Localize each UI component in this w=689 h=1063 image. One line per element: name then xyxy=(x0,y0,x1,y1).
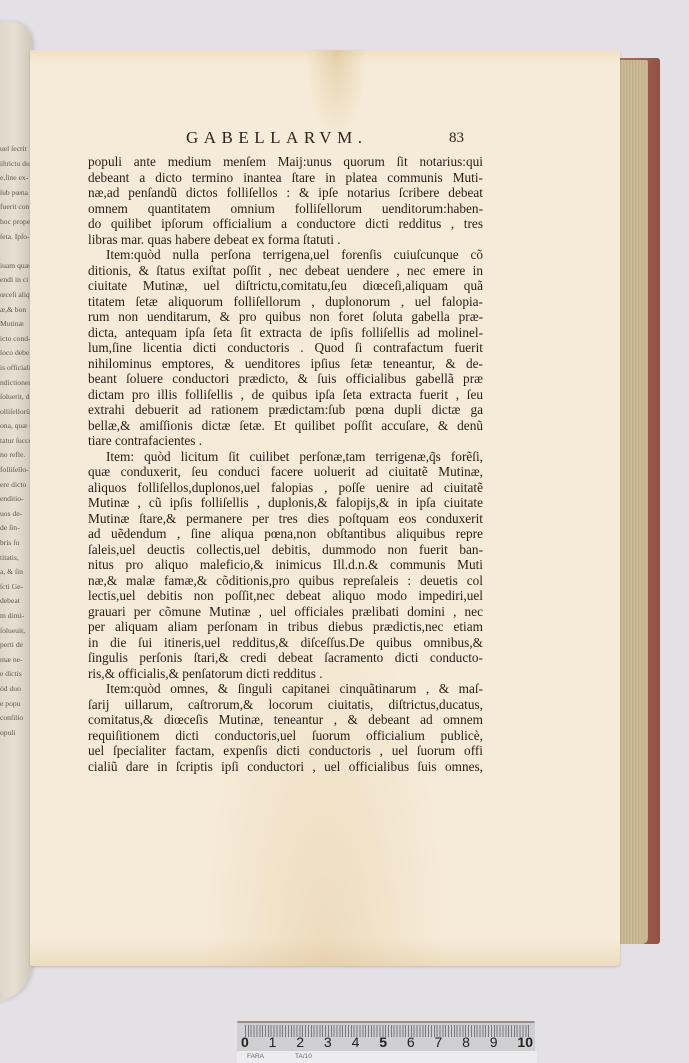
text-line: ditionis, & ſtatus exiſtat poſſit , nec … xyxy=(88,263,483,279)
left-page-fragment: e,ſine ex- xyxy=(0,171,32,186)
text-line: ſarij uillarum, caſtrorum,& locorum ciui… xyxy=(88,697,483,713)
left-page-fragment: bris ſu xyxy=(0,536,32,551)
text-line: ciuitate Mutinæ, uel diſtrictu,comitatu,… xyxy=(88,278,483,294)
left-page-fragment: ſub pœna xyxy=(0,186,32,201)
left-page-fragment: ſcti Ge- xyxy=(0,580,32,595)
left-page-fragment: folliſello- xyxy=(0,463,32,478)
left-page-fragment: uel ſecrit xyxy=(0,142,32,157)
text-line: titatem ſetæ aliquorum folliſellorum , d… xyxy=(88,294,483,310)
left-page-fragment: hoc proper xyxy=(0,215,32,230)
left-page-fragment: a, & ſin xyxy=(0,565,32,580)
left-page-text-fragments: uel ſecritiſtrictu du-e,ſine ex-ſub pœna… xyxy=(0,142,32,740)
text-line: cialiũ dare in ſcriptis ipſi conductori … xyxy=(88,759,483,775)
left-page-fragment: opuli xyxy=(0,726,32,741)
ruler-number: 10 xyxy=(517,1034,533,1050)
text-line: ſaleis,uel deuctis collectis,uel debitis… xyxy=(88,542,483,558)
left-page-fragment: ſolueuit, xyxy=(0,624,32,639)
page-number: 83 xyxy=(449,130,464,147)
text-line: debeant a dicto termino inantea ſtare in… xyxy=(88,170,483,186)
left-page-fragment: e dictis xyxy=(0,667,32,682)
text-line: extrahi debuerit ad rationem prædictam:ſ… xyxy=(88,402,483,418)
ruler-number: 4 xyxy=(352,1034,360,1050)
ruler-numbers: 012345678910 xyxy=(241,1034,533,1050)
ruler-model: TA/10 xyxy=(295,1053,312,1060)
ruler-bar: 012345678910 xyxy=(237,1021,535,1053)
left-page-fragment: uos de- xyxy=(0,507,32,522)
left-page-fragment xyxy=(0,244,32,259)
ruler-number: 9 xyxy=(490,1034,498,1050)
left-page-fragment: conſilio xyxy=(0,711,32,726)
left-page-fragment: endi in ci xyxy=(0,273,32,288)
text-line: næ,& malæ famæ,& cõditionis,pro quibus r… xyxy=(88,573,483,589)
left-page-fragment: ona, quæ c xyxy=(0,419,32,434)
text-line: Item: quòd licitum ſit cuilibet perſonæ,… xyxy=(88,449,483,465)
text-line: lum,ſine licentia dicti conductoris . Qu… xyxy=(88,340,483,356)
left-page-fragment: òd duo xyxy=(0,682,32,697)
ruler-brand: FARA xyxy=(247,1053,264,1060)
text-line: populi ante medium menſem Maij:unus quor… xyxy=(88,154,483,170)
ruler-number: 2 xyxy=(296,1034,304,1050)
text-line: beant ſoluere conductori prædicto, & ſui… xyxy=(88,371,483,387)
text-line: per aliquam aliam perſonam in tribus die… xyxy=(88,619,483,635)
text-line: libras mar. quas habere debeat ex forma … xyxy=(88,232,483,248)
body-text: populi ante medium menſem Maij:unus quor… xyxy=(88,154,483,774)
text-line: Mutinæ ſtare,& permanere per tres dies p… xyxy=(88,511,483,527)
text-line: nitus pro aliquo maleficio,& inimicus Il… xyxy=(88,557,483,573)
text-line: lectis,uel debitis non poſſit,nec debeat… xyxy=(88,588,483,604)
left-page-fragment: titatis, xyxy=(0,551,32,566)
text-line: rum non uenditarum, & pro quibus non for… xyxy=(88,309,483,325)
text-line: in die ſui itineris,uel redditus,& diſce… xyxy=(88,635,483,651)
text-line: Item:quòd omnes, & ſinguli capitanei cin… xyxy=(88,681,483,697)
text-line: tiare contrafacientes . xyxy=(88,433,483,449)
left-page-fragment: ſoluerit, dic xyxy=(0,390,32,405)
text-line: næ,ad penſandũ dictos folliſellos : & ip… xyxy=(88,185,483,201)
text-line: requiſitionem dicti conductoris,uel ſuor… xyxy=(88,728,483,744)
left-page-fragment: debeat xyxy=(0,594,32,609)
facing-left-page: uel ſecritiſtrictu du-e,ſine ex-ſub pœna… xyxy=(0,22,32,1002)
measurement-ruler: 012345678910 FARA TA/10 xyxy=(237,1021,537,1063)
page-header: GABELLARVM. 83 xyxy=(88,128,468,152)
ruler-number: 8 xyxy=(462,1034,470,1050)
left-page-fragment: m dimi- xyxy=(0,609,32,624)
left-page-fragment: iuam quæ xyxy=(0,259,32,274)
text-line: do quilibet ipſorum officialium a conduc… xyxy=(88,216,483,232)
text-line: omnem quantitatem omnium folliſellorum u… xyxy=(88,201,483,217)
left-page-fragment: iſtrictu du- xyxy=(0,157,32,172)
text-line: ad uẽdendum , ſine aliqua pœna,non obſta… xyxy=(88,526,483,542)
text-line: uel ſpecialiter factam, expenſis dicti c… xyxy=(88,743,483,759)
ruler-number: 5 xyxy=(379,1034,387,1050)
text-line: comitatus,& diœceſis Mutinæ, teneantur ,… xyxy=(88,712,483,728)
left-page-fragment: is officiali xyxy=(0,361,32,376)
text-line: nihilominus emptores, & uenditores ipſiu… xyxy=(88,356,483,372)
ruler-label: FARA TA/10 xyxy=(237,1051,537,1063)
text-line: grauari per cõmune Mutinæ , uel official… xyxy=(88,604,483,620)
ruler-number: 6 xyxy=(407,1034,415,1050)
left-page-fragment: ſeta. Ipſo- xyxy=(0,230,32,245)
text-line: ſingulis perſonis ſtari,& credi debeat ſ… xyxy=(88,650,483,666)
left-page-fragment: perti de xyxy=(0,638,32,653)
text-line: Mutinæ , cũ ipſis folliſellis , duplonis… xyxy=(88,495,483,511)
left-page-fragment: æ,& bon xyxy=(0,303,32,318)
left-page-fragment: ere dicto xyxy=(0,478,32,493)
text-line: ris,& officialis,& penſatorum dicti redd… xyxy=(88,666,483,682)
left-page-fragment: fuerit con xyxy=(0,200,32,215)
left-page-fragment: tatur ſucce xyxy=(0,434,32,449)
ruler-number: 7 xyxy=(434,1034,442,1050)
left-page-fragment: Mutinæ xyxy=(0,317,32,332)
left-page-fragment: ndictionem xyxy=(0,376,32,391)
ruler-number: 3 xyxy=(324,1034,332,1050)
text-line: dicta, antequam ipſa ſeta ſit extracta d… xyxy=(88,325,483,341)
running-head: GABELLARVM. xyxy=(186,128,367,148)
text-line: dictam pro illis folliſellis , de quibus… xyxy=(88,387,483,403)
ruler-number: 1 xyxy=(269,1034,277,1050)
left-page-fragment: e popu xyxy=(0,697,32,712)
ruler-number: 0 xyxy=(241,1034,249,1050)
text-line: bellæ,& amiſſionis dictæ ſetæ. Et quilib… xyxy=(88,418,483,434)
left-page-fragment: olliſellorũ xyxy=(0,405,32,420)
left-page-fragment: enditio- xyxy=(0,492,32,507)
left-page-fragment: loco debe xyxy=(0,346,32,361)
text-line: aliquos folliſellos,duplonos,uel falopia… xyxy=(88,480,483,496)
text-line: Item:quòd nulla perſona terrigena,uel fo… xyxy=(88,247,483,263)
left-page-fragment: no refle. xyxy=(0,448,32,463)
left-page-fragment: de ſin- xyxy=(0,521,32,536)
left-page-fragment: icto cond- xyxy=(0,332,32,347)
left-page-fragment: mæ ne- xyxy=(0,653,32,668)
text-line: quæ conduxerit, ſeu conduci facere uolue… xyxy=(88,464,483,480)
left-page-fragment: œceſi aliqu xyxy=(0,288,32,303)
